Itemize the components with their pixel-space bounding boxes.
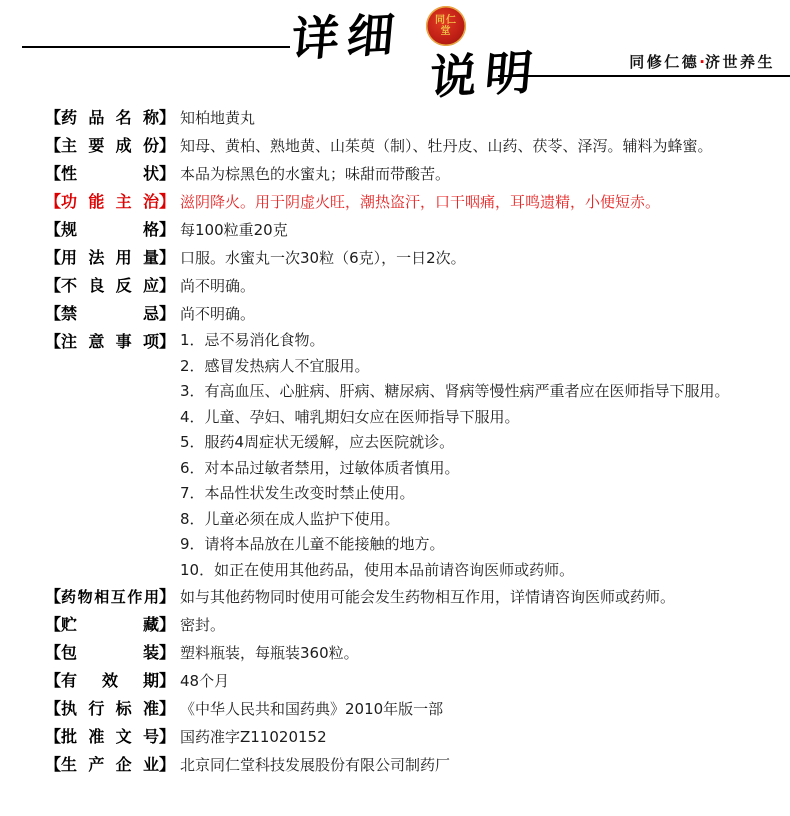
field-label: 【有效期】	[45, 667, 180, 695]
label-bracket-close: 】	[159, 751, 175, 779]
field-label: 【生产企业】	[45, 751, 180, 779]
label-bracket-close: 】	[159, 328, 175, 356]
field-label-text: 注意事项	[61, 328, 159, 356]
field-row: 【执行标准】 《中华人民共和国药典》2010年版一部	[45, 695, 770, 723]
field-row: 【功能主治】 滋阴降火。用于阴虚火旺，潮热盗汗，口干咽痛，耳鸣遗精，小便短赤。	[45, 188, 770, 216]
label-bracket-open: 【	[45, 611, 61, 639]
label-bracket-close: 】	[159, 244, 175, 272]
note-item: 6．对本品过敏者禁用，过敏体质者慎用。	[180, 456, 730, 482]
field-label-text: 功能主治	[61, 188, 159, 216]
label-bracket-open: 【	[45, 244, 61, 272]
field-row: 【生产企业】 北京同仁堂科技发展股份有限公司制药厂	[45, 751, 770, 779]
label-bracket-close: 】	[159, 667, 175, 695]
label-bracket-close: 】	[159, 611, 175, 639]
label-bracket-open: 【	[45, 583, 61, 611]
field-row: 【贮藏】 密封。	[45, 611, 770, 639]
field-label-text: 用法用量	[61, 244, 159, 272]
label-bracket-open: 【	[45, 667, 61, 695]
field-label-text: 包装	[61, 639, 159, 667]
field-row: 【规格】 每100粒重20克	[45, 216, 770, 244]
header-rule-right	[498, 75, 790, 77]
note-item: 5．服药4周症状无缓解，应去医院就诊。	[180, 430, 730, 456]
field-label: 【批准文号】	[45, 723, 180, 751]
label-bracket-close: 】	[159, 723, 175, 751]
field-value: 1．忌不易消化食物。2．感冒发热病人不宜服用。3．有高血压、心脏病、肝病、糖尿病…	[180, 328, 730, 583]
field-label: 【包装】	[45, 639, 180, 667]
field-value: 滋阴降火。用于阴虚火旺，潮热盗汗，口干咽痛，耳鸣遗精，小便短赤。	[180, 188, 660, 216]
field-row: 【有效期】 48个月	[45, 667, 770, 695]
field-value: 口服。水蜜丸一次30粒（6克），一日2次。	[180, 244, 466, 272]
seal-text-line2: 堂	[441, 26, 452, 37]
header-rule-left	[22, 46, 290, 48]
field-label: 【执行标准】	[45, 695, 180, 723]
note-item: 2．感冒发热病人不宜服用。	[180, 354, 730, 380]
field-label: 【贮藏】	[45, 611, 180, 639]
slogan-right: 济世养生	[705, 53, 775, 71]
field-row: 【注意事项】 1．忌不易消化食物。2．感冒发热病人不宜服用。3．有高血压、心脏病…	[45, 328, 770, 583]
label-bracket-open: 【	[45, 723, 61, 751]
note-item: 8．儿童必须在成人监护下使用。	[180, 507, 730, 533]
field-value: 知柏地黄丸	[180, 104, 255, 132]
field-row: 【批准文号】 国药准字Z11020152	[45, 723, 770, 751]
note-item: 4．儿童、孕妇、哺乳期妇女应在医师指导下服用。	[180, 405, 730, 431]
field-label-text: 主要成份	[61, 132, 159, 160]
note-item: 10．如正在使用其他药品，使用本品前请咨询医师或药师。	[180, 558, 730, 584]
field-label-text: 批准文号	[61, 723, 159, 751]
field-label: 【不良反应】	[45, 272, 180, 300]
brand-slogan: 同修仁德·济世养生	[629, 51, 775, 72]
field-label-text: 不良反应	[61, 272, 159, 300]
slogan-left: 同修仁德	[629, 53, 699, 71]
field-label: 【主要成份】	[45, 132, 180, 160]
field-row: 【禁忌】 尚不明确。	[45, 300, 770, 328]
page-title-part1: 详细	[290, 11, 405, 64]
field-value: 塑料瓶装，每瓶装360粒。	[180, 639, 359, 667]
tongrentang-seal-icon: 同仁 堂	[426, 6, 466, 46]
field-value: 《中华人民共和国药典》2010年版一部	[180, 695, 443, 723]
field-label-text: 性状	[61, 160, 159, 188]
seal-text-line1: 同仁	[435, 15, 457, 26]
field-label-text: 执行标准	[61, 695, 159, 723]
field-value: 尚不明确。	[180, 272, 255, 300]
field-label-text: 药物相互作用	[61, 583, 159, 611]
field-label: 【性状】	[45, 160, 180, 188]
label-bracket-close: 】	[159, 188, 175, 216]
spec-list: 【药品名称】 知柏地黄丸 【主要成份】 知母、黄柏、熟地黄、山茱萸（制）、牡丹皮…	[45, 104, 770, 779]
label-bracket-close: 】	[159, 695, 175, 723]
field-label: 【用法用量】	[45, 244, 180, 272]
note-item: 1．忌不易消化食物。	[180, 328, 730, 354]
field-label: 【药物相互作用】	[45, 583, 180, 611]
note-item: 7．本品性状发生改变时禁止使用。	[180, 481, 730, 507]
field-row: 【性状】 本品为棕黑色的水蜜丸；味甜而带酸苦。	[45, 160, 770, 188]
field-label-text: 生产企业	[61, 751, 159, 779]
label-bracket-open: 【	[45, 188, 61, 216]
field-label-text: 药品名称	[61, 104, 159, 132]
label-bracket-close: 】	[159, 272, 175, 300]
label-bracket-open: 【	[45, 272, 61, 300]
header: 详细 同仁 堂 说明 同修仁德·济世养生	[0, 0, 790, 104]
label-bracket-open: 【	[45, 216, 61, 244]
field-label-text: 禁忌	[61, 300, 159, 328]
field-label: 【功能主治】	[45, 188, 180, 216]
label-bracket-open: 【	[45, 751, 61, 779]
field-value: 国药准字Z11020152	[180, 723, 327, 751]
field-row: 【药物相互作用】 如与其他药物同时使用可能会发生药物相互作用，详情请咨询医师或药…	[45, 583, 770, 611]
label-bracket-close: 】	[159, 104, 175, 132]
field-value: 本品为棕黑色的水蜜丸；味甜而带酸苦。	[180, 160, 450, 188]
field-value: 48个月	[180, 667, 229, 695]
label-bracket-open: 【	[45, 104, 61, 132]
field-value: 尚不明确。	[180, 300, 255, 328]
label-bracket-open: 【	[45, 300, 61, 328]
field-label: 【注意事项】	[45, 328, 180, 356]
field-value: 每100粒重20克	[180, 216, 288, 244]
field-label-text: 贮藏	[61, 611, 159, 639]
label-bracket-close: 】	[159, 583, 175, 611]
label-bracket-close: 】	[159, 300, 175, 328]
field-row: 【主要成份】 知母、黄柏、熟地黄、山茱萸（制）、牡丹皮、山药、茯苓、泽泻。辅料为…	[45, 132, 770, 160]
field-label: 【规格】	[45, 216, 180, 244]
label-bracket-close: 】	[159, 639, 175, 667]
field-value: 密封。	[180, 611, 225, 639]
field-value: 知母、黄柏、熟地黄、山茱萸（制）、牡丹皮、山药、茯苓、泽泻。辅料为蜂蜜。	[180, 132, 713, 160]
field-label: 【禁忌】	[45, 300, 180, 328]
label-bracket-open: 【	[45, 639, 61, 667]
field-value: 北京同仁堂科技发展股份有限公司制药厂	[180, 751, 450, 779]
note-item: 9．请将本品放在儿童不能接触的地方。	[180, 532, 730, 558]
field-label: 【药品名称】	[45, 104, 180, 132]
note-item: 3．有高血压、心脏病、肝病、糖尿病、肾病等慢性病严重者应在医师指导下服用。	[180, 379, 730, 405]
field-row: 【包装】 塑料瓶装，每瓶装360粒。	[45, 639, 770, 667]
label-bracket-open: 【	[45, 132, 61, 160]
field-row: 【不良反应】 尚不明确。	[45, 272, 770, 300]
field-value: 如与其他药物同时使用可能会发生药物相互作用，详情请咨询医师或药师。	[180, 583, 675, 611]
label-bracket-close: 】	[159, 132, 175, 160]
label-bracket-close: 】	[159, 160, 175, 188]
field-row: 【药品名称】 知柏地黄丸	[45, 104, 770, 132]
field-label-text: 规格	[61, 216, 159, 244]
field-row: 【用法用量】 口服。水蜜丸一次30粒（6克），一日2次。	[45, 244, 770, 272]
label-bracket-open: 【	[45, 328, 61, 356]
label-bracket-close: 】	[159, 216, 175, 244]
label-bracket-open: 【	[45, 160, 61, 188]
label-bracket-open: 【	[45, 695, 61, 723]
field-label-text: 有效期	[61, 667, 159, 695]
